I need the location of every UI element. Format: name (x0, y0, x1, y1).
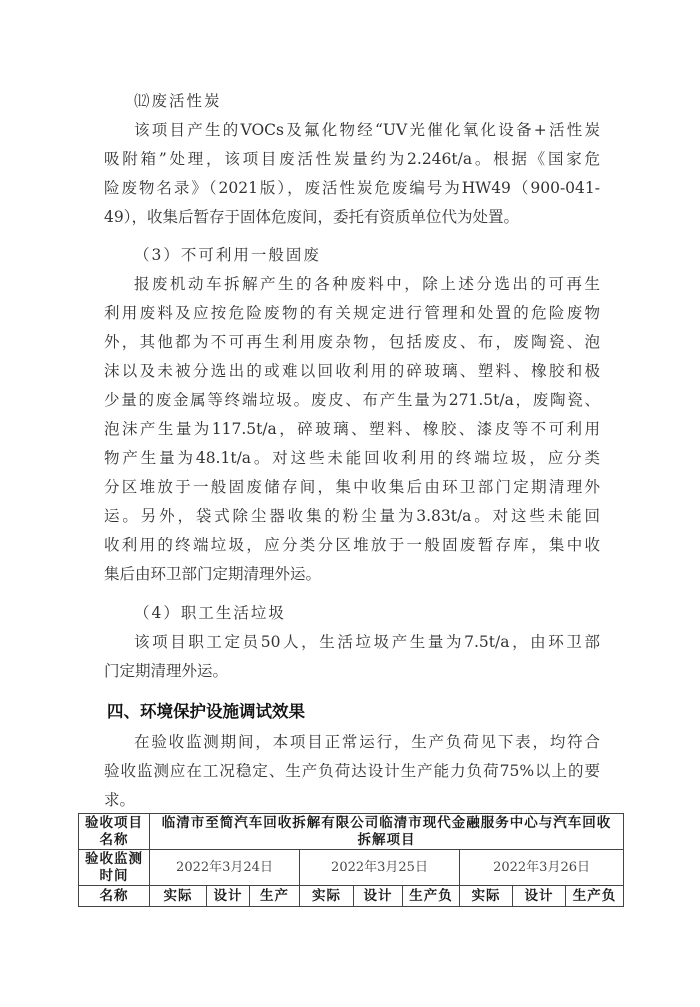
paragraph-line: 集后由环卫部门定期清理外运。 (104, 564, 600, 584)
table-date-2: 2022年3月25日 (300, 850, 460, 886)
paragraph-line: 险废物名录》（2021版），废活性炭危废编号为HW49（900-041- (104, 178, 600, 198)
table-header-actual: 实际 (460, 886, 513, 907)
table-label-monitoring-time: 验收监测时间 (79, 850, 150, 886)
paragraph-line: 求。 (104, 790, 600, 810)
subsection-title-nonrecyclable-solid-waste: （3）不可利用一般固废 (134, 245, 321, 265)
table-header-production: 生产 (250, 886, 300, 907)
paragraph-line: 该项目职工定员50人，生活垃圾产生量为7.5t/a，由环卫部 (134, 632, 600, 652)
paragraph-line: 运。另外，袋式除尘器收集的粉尘量为3.83t/a。对这些未能回 (104, 506, 600, 526)
table-date-3: 2022年3月26日 (460, 850, 624, 886)
table-header-design: 设计 (513, 886, 566, 907)
table-label-name: 名称 (79, 886, 150, 907)
paragraph-line: 门定期清理外运。 (104, 661, 600, 681)
table-label-project-name: 验收项目名称 (79, 814, 150, 850)
document-page: ⑿废活性炭 该项目产生的VOCs及氟化物经“UV光催化氧化设备+活性炭 吸附箱”… (0, 0, 700, 1007)
table-header-actual: 实际 (150, 886, 207, 907)
paragraph-line: 少量的废金属等终端垃圾。废皮、布产生量为271.5t/a，废陶瓷、 (104, 390, 600, 410)
table-row: 验收监测时间 2022年3月24日 2022年3月25日 2022年3月26日 (79, 850, 624, 886)
paragraph-line: 在验收监测期间，本项目正常运行，生产负荷见下表，均符合 (134, 732, 600, 752)
paragraph-line: 吸附箱”处理，该项目废活性炭量约为2.246t/a。根据《国家危 (104, 149, 600, 169)
table-header-actual: 实际 (300, 886, 354, 907)
paragraph-line: 该项目产生的VOCs及氟化物经“UV光催化氧化设备+活性炭 (134, 120, 600, 140)
section-heading: 四、环境保护设施调试效果 (107, 702, 305, 722)
table-date-1: 2022年3月24日 (150, 850, 300, 886)
subsection-title-waste-activated-carbon: ⑿废活性炭 (134, 91, 222, 111)
production-load-table: 验收项目名称 临清市至简汽车回收拆解有限公司临清市现代金融服务中心与汽车回收拆解… (78, 813, 624, 907)
paragraph-line: 沫以及未被分选出的或难以回收利用的碎玻璃、塑料、橡胶和极 (104, 361, 600, 381)
table-header-production-load: 生产负 (403, 886, 460, 907)
paragraph-line: 49），收集后暂存于固体危废间，委托有资质单位代为处置。 (104, 207, 600, 227)
paragraph-line: 利用废料及应按危险废物的有关规定进行管理和处置的危险废物 (104, 303, 600, 323)
table-header-production-load: 生产负 (566, 886, 624, 907)
paragraph-line: 分区堆放于一般固废储存间，集中收集后由环卫部门定期清理外 (104, 477, 600, 497)
paragraph-line: 泡沫产生量为117.5t/a，碎玻璃、塑料、橡胶、漆皮等不可利用 (104, 419, 600, 439)
paragraph-line: 收利用的终端垃圾，应分类分区堆放于一般固废暂存库，集中收 (104, 535, 600, 555)
table-row: 验收项目名称 临清市至简汽车回收拆解有限公司临清市现代金融服务中心与汽车回收拆解… (79, 814, 624, 850)
paragraph-line: 外，其他都为不可再生利用废杂物，包括废皮、布，废陶瓷、泡 (104, 332, 600, 352)
paragraph-line: 验收监测应在工况稳定、生产负荷达设计生产能力负荷75%以上的要 (104, 761, 600, 781)
paragraph-line: 报废机动车拆解产生的各种废料中，除上述分选出的可再生 (134, 274, 600, 294)
paragraph-line: 物产生量为48.1t/a。对这些未能回收利用的终端垃圾，应分类 (104, 448, 600, 468)
subsection-title-staff-domestic-waste: （4）职工生活垃圾 (134, 603, 286, 623)
table-value-project-name: 临清市至简汽车回收拆解有限公司临清市现代金融服务中心与汽车回收拆解项目 (150, 814, 624, 850)
table-row: 名称 实际 设计 生产 实际 设计 生产负 实际 设计 生产负 (79, 886, 624, 907)
table-header-design: 设计 (207, 886, 250, 907)
table-header-design: 设计 (354, 886, 403, 907)
